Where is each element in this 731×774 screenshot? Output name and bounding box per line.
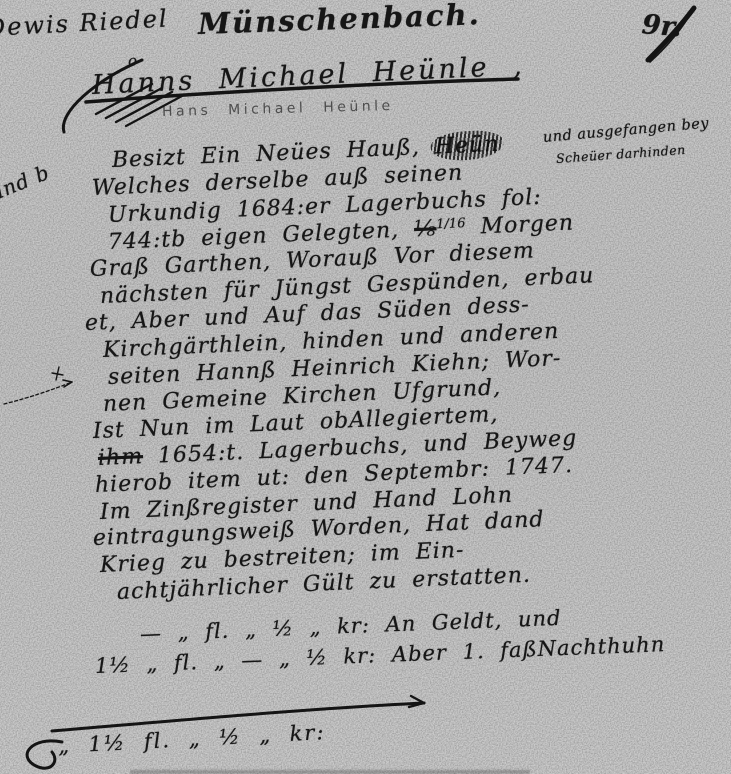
scan-edge-smudge	[130, 770, 530, 774]
left-margin-cut-word: Jund b	[0, 160, 53, 209]
crossed-name-text: Hanns Michael Heünle	[91, 52, 490, 101]
right-margin-note-line2: Scheüer darhinden	[555, 142, 686, 166]
folio-number: 9r.	[641, 9, 683, 43]
crossed-out-name: Hanns Michael Heünle ,	[91, 50, 525, 101]
struck-word: ihm	[97, 444, 143, 471]
sum-line: „ 1½ fl. „ ½ „ kr:	[57, 720, 326, 758]
tiny-arrow-head	[63, 380, 72, 387]
pencil-annotation: Hans Michael Heünle	[162, 98, 394, 120]
struck-fraction: ⅛	[414, 216, 437, 242]
ink-blot-word: Heün	[434, 132, 500, 160]
sum-arrowhead	[409, 696, 424, 707]
body-line-text: Morgen	[465, 210, 575, 240]
manuscript-page: Dewis Riedel Münschenbach. 9r. o Hanns M…	[0, 0, 731, 774]
trailing-comma: ,	[489, 50, 526, 83]
page-title: Münschenbach.	[197, 0, 481, 41]
header-owner-name: Dewis Riedel	[0, 4, 169, 42]
inserted-fraction: 1/16	[436, 216, 466, 232]
sum-flourish	[27, 741, 62, 768]
plus-mark	[52, 367, 63, 380]
tiny-arrow-annotation	[4, 382, 72, 404]
